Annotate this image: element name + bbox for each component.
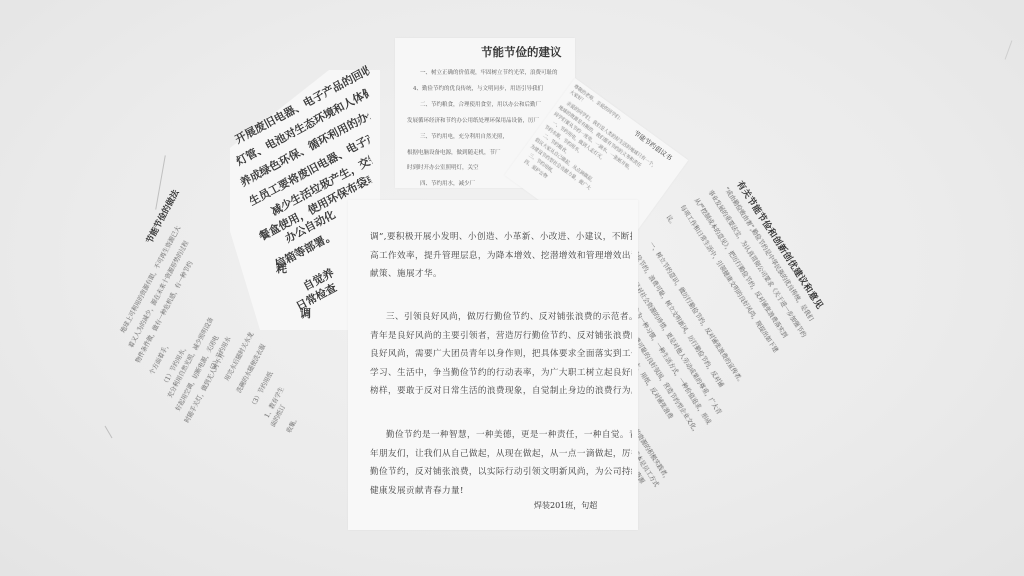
text-line: 物件条件做，做有一种危机感，有一种节约 [133,210,221,364]
text-line: 献策、施展才华。 [370,265,632,284]
text-line: 面的纸订 [268,403,287,428]
text-line: 勤俭节约，反对铺张浪费，以实际行动引领文明新风尚，为公司持续 [370,463,632,482]
document-main-page: 调”,要积极开展小发明、小创造、小革新、小改进、小建议，不断提 高工作效率，提升… [348,200,638,530]
document-title: 节能节俭的做法 [143,187,182,245]
text-line: 年朋友们，让我们从自己做起，从现在做起，从一点一滴做起，厉行 [370,445,632,464]
text-line: 用完水后随时关水龙 [222,330,255,382]
gold-ideas-content: 节能节俭金点子 [220,7,414,110]
text-line: （3）节约用纸 [248,370,275,409]
text-line: 健康发展贡献青春力量! [370,482,632,501]
text-line: 高工作效率，提升管理层息，为降本增效、挖潜增效和管理增效出谋 [370,247,632,266]
text-line: 议。 [664,213,678,228]
document-title: 有关节能节俭和创新创优建议和意见 [734,178,827,311]
text-line: 洗碗的水随便洗衣服 [234,342,267,394]
text-line: （2）节约用水 [206,335,233,374]
text-line: 三、引领良好风尚，做厉行勤俭节约、反对铺张浪费的示范者。 [370,308,632,327]
text-line: 良好风尚，需要广大团员青年以身作则，把具体要求全面落实到工作、 [370,345,632,364]
text-line: 个方面着手， [147,340,172,376]
text-line: 勤俭节约，浪费可耻，树立文明新风，厉行勤俭节约，反对铺 [630,248,741,412]
document-title: 节能节俭的建议 [481,44,562,60]
text-line: 一、树立节约意识，做厉行勤俭节约，反对铺张浪费的宣传者。 [647,240,763,413]
text-line: 时随手关灯，做到无人时不开 [182,351,227,424]
paragraph-3: 勤俭节约是一种智慧，一种美德，更是一种责任，一种自觉。青 年朋友们，让我们从自己… [370,426,632,500]
text-line: 地球上可利用的资源有限，不可再生资源已大 [118,189,201,334]
document-title: 节能节俭金点子 [252,45,334,99]
text-line: 收集。 [284,414,300,434]
text-line: “成由勤俭败由奢”,勤俭节约是中华民族的优良传统，是我们 [722,185,838,358]
text-line: 二、节约粮食，合理使用食堂，用以办公和后勤厂 [420,100,550,108]
paragraph-1: 调”,要积极开展小发明、小创造、小革新、小改进、小建议，不断提 高工作效率，提升… [370,228,632,284]
text-line: 每项工作和日常生活中，引领健康文明的良好风尚，现提出如下建 [678,203,800,384]
text-line: 1、教育学生 [262,385,286,419]
text-line: 4、勤俭节约的优良传统，与文明同步，用语引导我们 [413,84,553,92]
surface-mark [105,426,113,439]
text-line: 学习、生活中，争当勤俭节约的行动表率，为广大职工树立起良好的 [370,364,632,383]
signature: 焊装201班，句超 [534,500,597,511]
text-line: 从严控制成本的意见》，把厉行勤俭节约，反对铺张浪费落实到 [692,196,811,373]
surface-mark [1005,40,1013,59]
paragraph-2: 三、引领良好风尚，做厉行勤俭节约、反对铺张浪费的示范者。 青年是良好风尚的主要引… [370,308,632,401]
text-line: 着又人为的减少，源在未来十资源形势的过程 [126,195,214,349]
text-line: 一、树立正确的价值观，牢固树立节约光荣，浪费可耻的 [420,68,570,76]
text-line: 发展循环经济和节约办公用纸处理环保用品设备，厉厂 [407,116,557,124]
text-line: 勤俭节约是一种智慧，一种美德，更是一种责任，一种自觉。青 [370,426,632,445]
text-line: 青年是良好风尚的主要引领者，营造厉行勤俭节约、反对铺张浪费的 [370,327,632,346]
text-line: 榜样，要敢于反对日常生活的浪费现象，自觉制止身边的浪费行为。 [370,382,632,401]
surface-mark [155,155,166,209]
text-line: 调”,要积极开展小发明、小创造、小革新、小改进、小建议，不断提 [370,228,632,247]
text-line: 充分利用自然光照，减少照明设备 [165,316,215,400]
text-line: （1）节约用水， [160,343,189,388]
text-line: 三、节约用电，充分利用自然光照， [420,132,520,140]
text-line: 好起用空调，切断电源，关闭电 [173,334,220,412]
text-line: 事业发展的重要法宝，为认真贯彻公司要求《关于进一步加强节约 [706,188,825,365]
